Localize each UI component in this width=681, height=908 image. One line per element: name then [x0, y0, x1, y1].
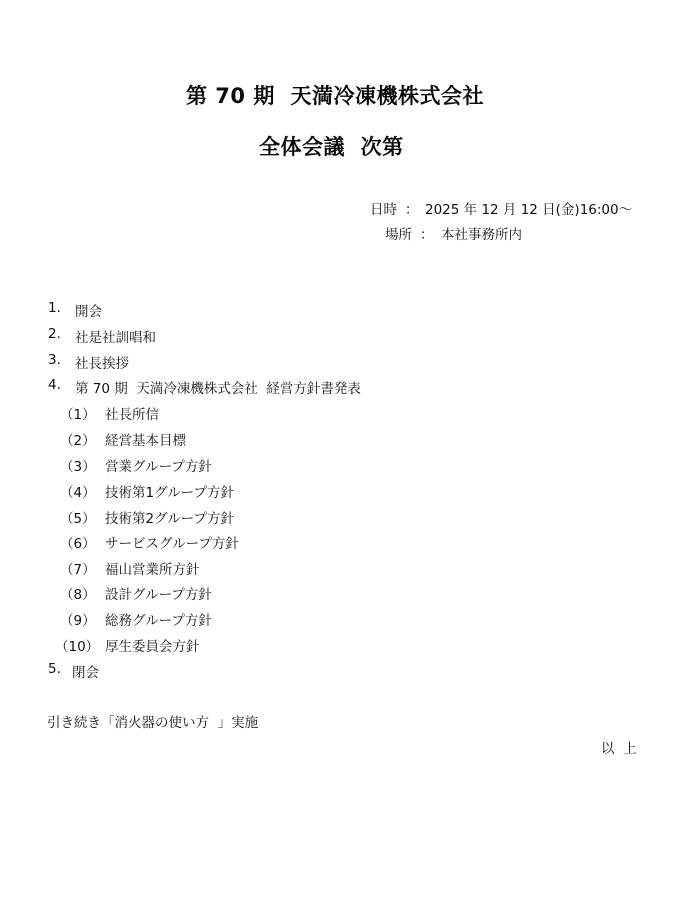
sub-item-text: サービスグループ方針 — [105, 532, 239, 552]
sub-item-number: （6） — [60, 532, 96, 552]
sub-item-number: （4） — [60, 481, 96, 501]
datetime-value: 2025 年 12 月 12 日(金)16:00～ — [425, 198, 632, 218]
followup-note: 引き続き「消火器の使い方 」実施 — [47, 711, 258, 731]
sub-item-number: （2） — [60, 429, 96, 449]
agenda-item-text: 社長挨拶 — [75, 352, 129, 372]
sub-item-number: （5） — [60, 507, 96, 527]
agenda-item-number: 4. — [48, 377, 61, 393]
sub-item-text: 厚生委員会方針 — [105, 635, 200, 655]
datetime-label: 日時 — [370, 198, 397, 218]
sub-item-number: （9） — [60, 609, 96, 629]
agenda-item-text: 開会 — [75, 300, 102, 320]
sub-item-number: （10） — [55, 635, 99, 655]
sub-item-number: （3） — [60, 455, 96, 475]
sub-item-text: 技術第2グループ方針 — [105, 507, 234, 527]
place-label: 場所 — [385, 223, 412, 243]
document-page: 第 70 期 天満冷凍機株式会社 全体会議 次第 日時 ： 2025 年 12 … — [0, 0, 681, 908]
agenda-item-number: 1. — [48, 300, 61, 316]
agenda-item-text: 第 70 期 天満冷凍機株式会社 経営方針書発表 — [75, 377, 361, 397]
sub-item-text: 経営基本目標 — [105, 429, 186, 449]
sub-item-number: （1） — [60, 403, 96, 423]
sub-item-text: 総務グループ方針 — [105, 609, 212, 629]
sub-item-number: （7） — [60, 558, 96, 578]
agenda-item-text: 閉会 — [72, 661, 99, 681]
end-mark: 以 上 — [601, 737, 637, 757]
sub-item-text: 技術第1グループ方針 — [105, 481, 234, 501]
place-value: 本社事務所内 — [441, 223, 522, 243]
sub-item-text: 社長所信 — [105, 403, 159, 423]
agenda-item-number: 5. — [48, 661, 61, 677]
document-title: 第 70 期 天満冷凍機株式会社 — [186, 80, 484, 110]
sub-item-text: 設計グループ方針 — [105, 583, 212, 603]
agenda-item-number: 2. — [48, 326, 61, 342]
agenda-item-text: 社是社訓唱和 — [75, 326, 156, 346]
document-subtitle: 全体会議 次第 — [259, 131, 404, 161]
sub-item-text: 福山営業所方針 — [105, 558, 200, 578]
datetime-separator: ： — [405, 198, 419, 218]
sub-item-number: （8） — [60, 583, 96, 603]
sub-item-text: 営業グループ方針 — [105, 455, 212, 475]
place-separator: ： — [420, 223, 434, 243]
agenda-item-number: 3. — [48, 352, 61, 368]
